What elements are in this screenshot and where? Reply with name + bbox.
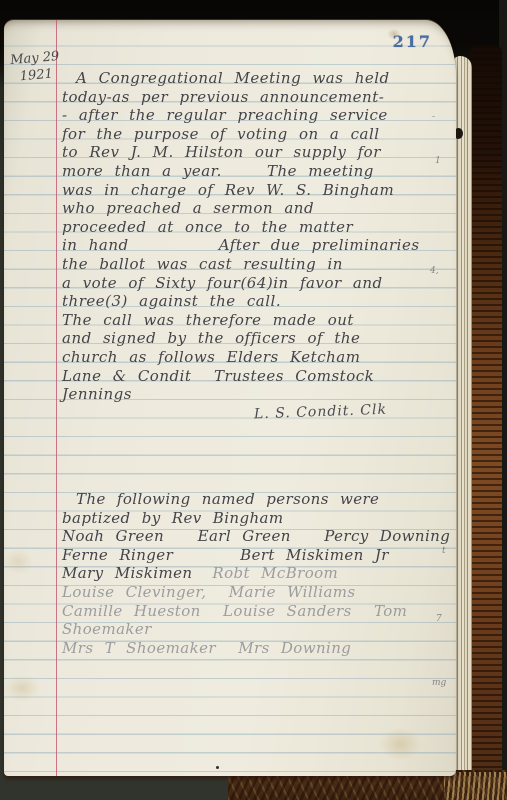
stray-ink-mark: - [432,112,435,122]
handwritten-line: today-as per previous announcement- [62,88,456,107]
handwritten-line: - after the regular preaching service [62,106,456,125]
handwritten-line: to Rev J. M. Hilston our supply for [62,143,456,162]
margin-rule-line [56,20,57,776]
handwritten-line: and signed by the officers of the [62,329,456,348]
handwritten-line: the ballot was cast resulting in [62,255,456,274]
handwritten-line: A Congregational Meeting was held [62,69,456,88]
baptized-name-ink: Mary Miskimen [62,564,192,582]
baptized-names-line: Mary MiskimenRobt McBroom [62,564,456,583]
handwritten-line: proceeded at once to the matter [62,218,456,237]
entry-date-year: 1921 [11,65,61,86]
stray-ink-mark: mg [432,678,446,688]
handwritten-line: church as follows Elders Ketcham [62,348,456,367]
handwritten-line: three(3) against the call. [62,292,456,311]
baptism-record-entry: The following named persons were baptize… [62,490,456,657]
handwritten-line: was in charge of Rev W. S. Bingham [62,181,456,200]
stray-ink-mark: 7 [436,614,442,624]
ledger-book-photo: 217 May 29 1921 A Congregational Meeting… [0,0,507,800]
handwritten-line: baptized by Rev Bingham [62,509,456,528]
handwritten-line: The following named persons were [62,490,456,509]
baptized-names-line: Ferne Ringer Bert Miskimen Jr [62,546,456,565]
baptized-names-line-pencil: Camille Hueston Louise Sanders Tom Shoem… [62,602,456,639]
stray-ink-mark: t [442,546,446,556]
baptized-names-line-pencil: Mrs T Shoemaker Mrs Downing [62,639,456,658]
ink-speck [216,766,219,769]
entry-date: May 29 1921 [10,48,62,86]
baptized-names-line: Noah Green Earl Green Percy Downing [62,527,456,546]
book-cover-spine [470,46,502,800]
baptized-names-line-pencil: Louise Clevinger, Marie Williams [62,583,456,602]
stray-ink-mark: 1 [435,156,441,166]
handwritten-line: more than a year. The meeting [62,162,456,181]
handwritten-line: for the purpose of voting on a call [62,125,456,144]
stray-ink-mark: 4, [430,266,439,276]
baptized-name-pencil: Robt McBroom [192,564,338,582]
cover-frayed-edge [444,772,507,800]
handwritten-line: in hand After due preliminaries [62,236,456,255]
clerk-signature: L. S. Condit. Clk [254,402,387,423]
handwritten-line: Lane & Condit Trustees Comstock [62,367,456,386]
ledger-page: 217 May 29 1921 A Congregational Meeting… [4,20,456,776]
handwritten-line: a vote of Sixty four(64)in favor and [62,274,456,293]
meeting-minutes-entry: A Congregational Meeting was held today-… [62,69,456,404]
handwritten-line: who preached a sermon and [62,199,456,218]
page-number-stamp: 217 [393,32,432,51]
handwritten-line: The call was therefore made out [62,311,456,330]
handwritten-line: Jennings [62,385,456,404]
